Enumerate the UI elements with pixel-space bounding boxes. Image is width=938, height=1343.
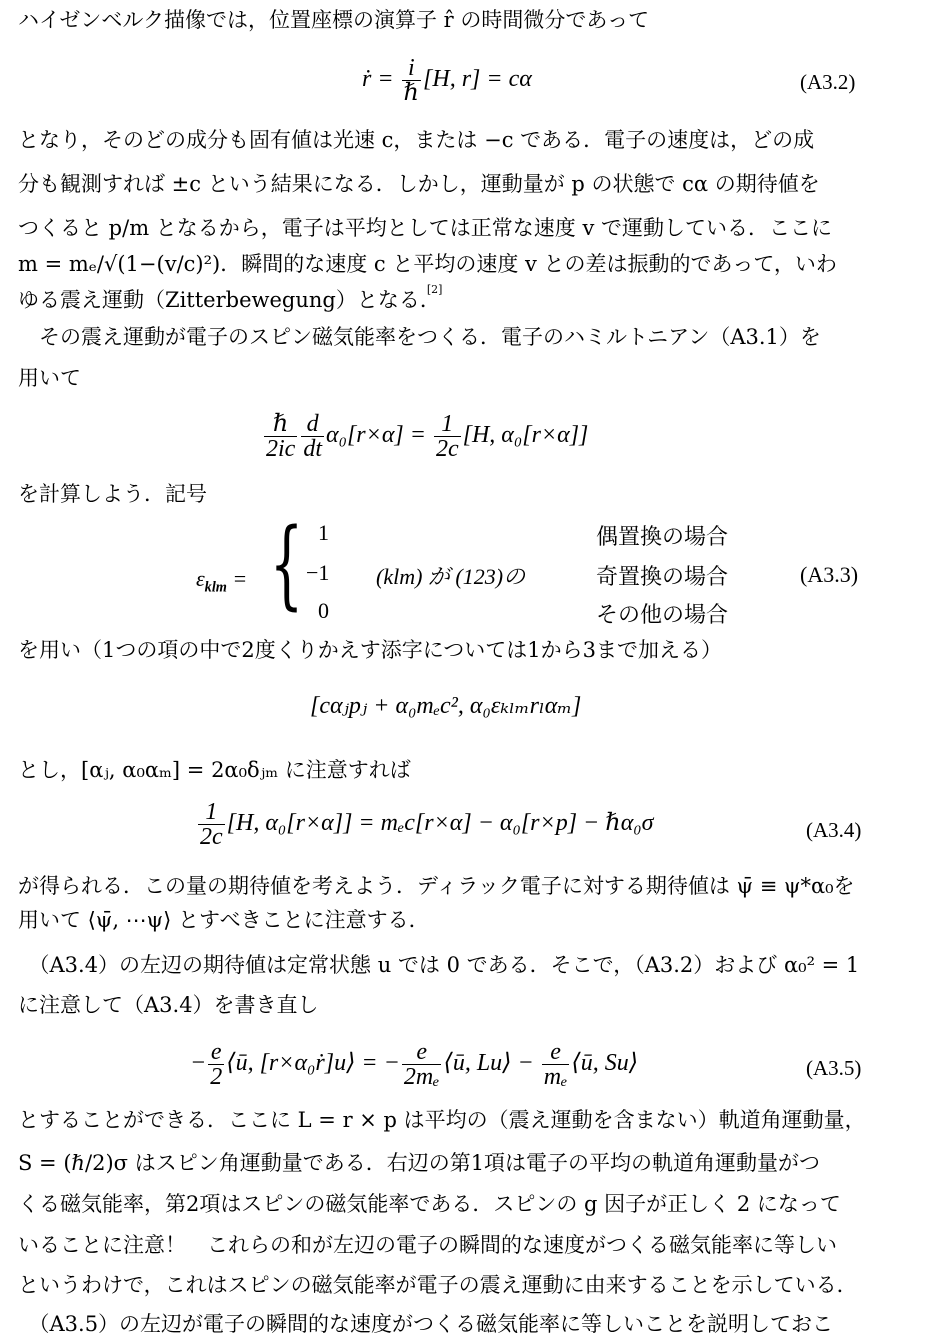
- equation-a3-5: −e2⟨ū, [r×α₀ṙ]u⟩ = −e2mₑ⟨ū, Lu⟩ − emₑ⟨ū,…: [190, 1040, 638, 1089]
- equation-label: (A3.5): [806, 1056, 861, 1081]
- text-line: とし，[αⱼ, α₀αₘ] = 2α₀δⱼₘ に注意すれば: [18, 760, 411, 781]
- text-line: を計算しよう．記号: [18, 484, 207, 505]
- text-line: くる磁気能率，第2項はスピンの磁気能率である．スピンの g 因子が正しく 2 に…: [18, 1194, 841, 1215]
- equation-label: (A3.2): [800, 70, 855, 95]
- text-line: ハイゼンベルク描像では，位置座標の演算子 r̂ の時間微分であって: [18, 10, 649, 31]
- equation-commutator: [cαⱼpⱼ + α₀mₑc², α₀εₖₗₘrₗαₘ]: [310, 694, 581, 718]
- text-line: 分も観測すれば ±c という結果になる．しかし，運動量が p の状態で cα の…: [18, 174, 820, 195]
- text-line: つくると p/m となるから，電子は平均としては正常な速度 v で運動している．…: [18, 218, 832, 239]
- citation-ref[interactable]: [2]: [427, 283, 443, 296]
- text-line: いることに注意！ これらの和が左辺の電子の瞬間的な速度がつくる磁気能率に等しい: [18, 1235, 837, 1256]
- text-line: となり，そのどの成分も固有値は光速 c，または −c である．電子の速度は，どの…: [18, 130, 814, 151]
- text-line: を用い（1つの項の中で2度くりかえす添字については1から3まで加える）: [18, 640, 722, 661]
- text-line: （A3.5）の左辺が電子の瞬間的な速度がつくる磁気能率に等しいことを説明しておこ: [18, 1314, 833, 1335]
- text-line: （A3.4）の左辺の期待値は定常状態 u では 0 である．そこで，（A3.2）…: [18, 955, 859, 976]
- text-line: 用いて ⟨ψ̄, ⋯ψ⟩ とすべきことに注意する．: [18, 910, 430, 931]
- equation-a3-3: εklm = { 1 −1 0 (klm) が (123)の 偶置換の場合 奇置…: [196, 520, 916, 630]
- text-line: 用いて: [18, 368, 81, 389]
- text-line: その震え運動が電子のスピン磁気能率をつくる．電子のハミルトニアン（A3.1）を: [18, 327, 821, 348]
- equation-a3-2: ṙ = iℏ[H, r] = cα: [362, 56, 532, 105]
- text-line: が得られる．この量の期待値を考えよう．ディラック電子に対する期待値は ψ̄ ≡ …: [18, 876, 855, 897]
- equation-a3-4: 12c[H, α₀[r×α]] = mₑc[r×α] − α₀[r×p] − ℏ…: [196, 800, 654, 849]
- equation-label: (A3.4): [806, 818, 861, 843]
- equation-commutator-derivative: ℏ2icddtα₀[r×α] = 12c[H, α₀[r×α]]: [262, 412, 588, 461]
- text-line: とすることができる．ここに L = r × p は平均の（震え運動を含まない）軌…: [18, 1110, 866, 1131]
- text-line: というわけで，これはスピンの磁気能率が電子の震え運動に由来することを示している．: [18, 1275, 858, 1296]
- text-line: m = mₑ/√(1−(v/c)²)．瞬間的な速度 c と平均の速度 v との差…: [18, 254, 837, 275]
- text-line: S = (ℏ/2)σ はスピン角運動量である．右辺の第1項は電子の平均の軌道角運…: [18, 1153, 820, 1174]
- text-line: ゆる震え運動（Zitterbewegung）となる．[2]: [18, 290, 442, 311]
- text-line: に注意して（A3.4）を書き直し: [18, 995, 319, 1016]
- left-brace: {: [270, 516, 304, 612]
